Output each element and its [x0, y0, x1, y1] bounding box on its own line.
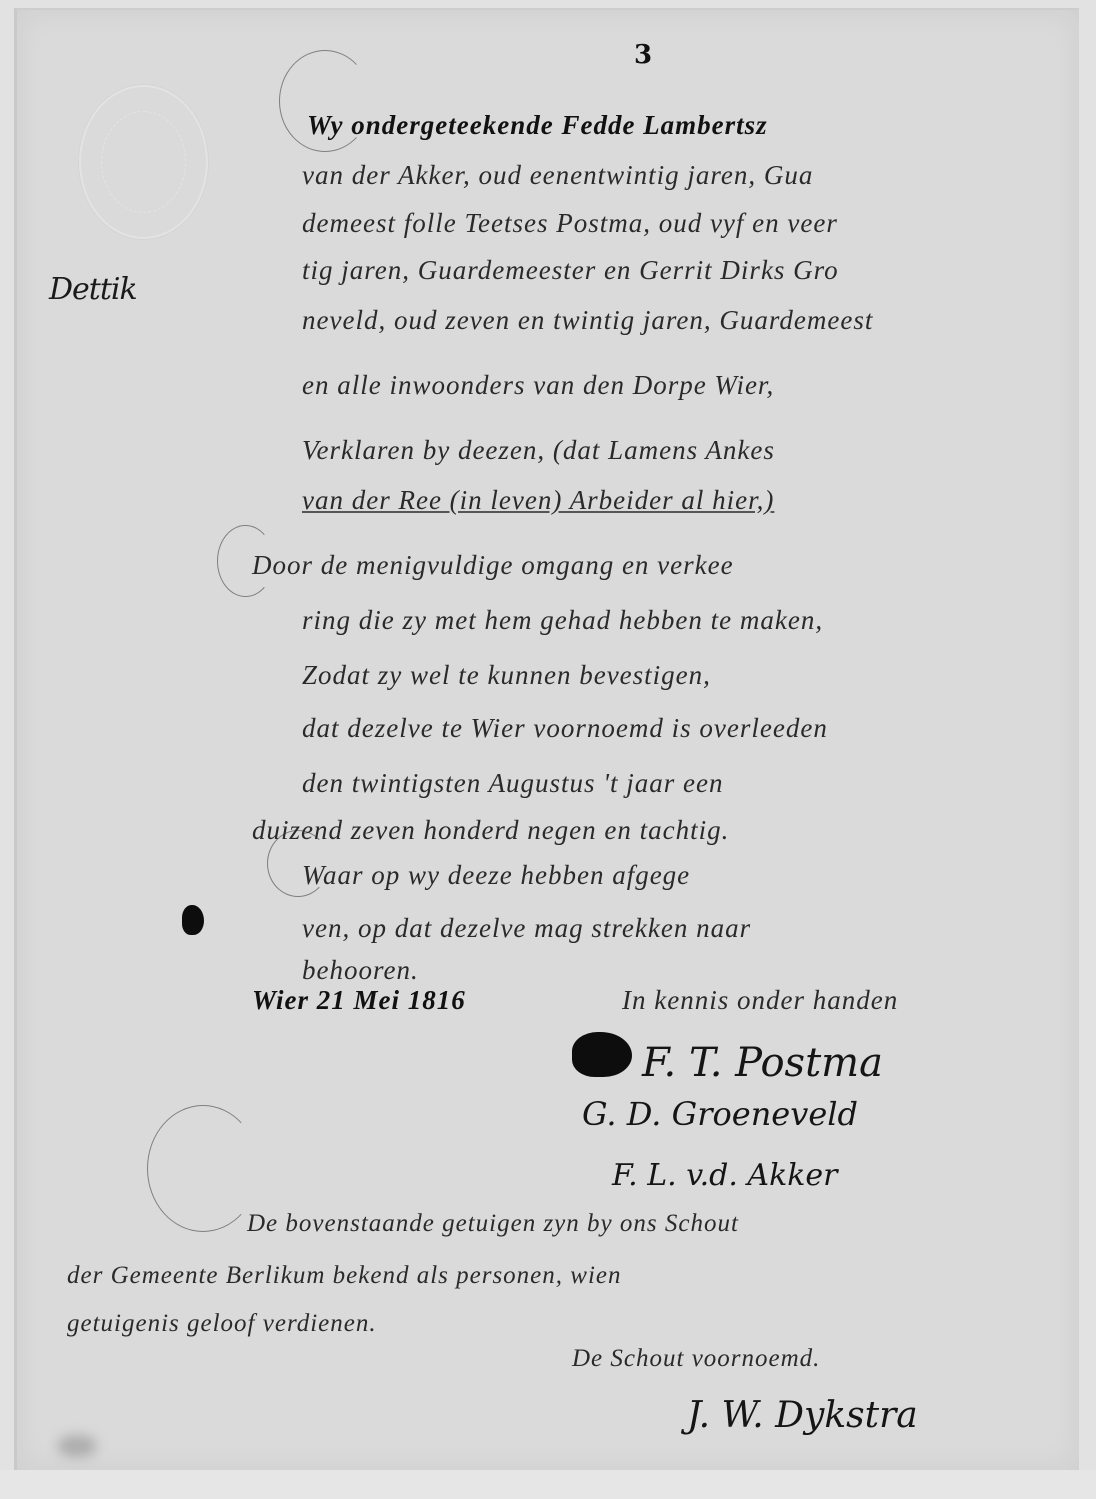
body-line: neveld, oud zeven en twintig jaren, Guar…: [302, 305, 873, 336]
margin-note: Dettik: [49, 272, 137, 307]
scan-background: [0, 1470, 1096, 1499]
body-line: demeest folle Teetses Postma, oud vyf en…: [302, 208, 838, 239]
body-line: Waar op wy deeze hebben afgege: [302, 860, 690, 891]
attestation-line: getuigenis geloof verdienen.: [67, 1310, 377, 1338]
body-line: Zodat zy wel te kunnen bevestigen,: [302, 660, 711, 691]
body-line: van der Ree (in leven) Arbeider al hier,…: [302, 485, 774, 516]
body-line: ven, op dat dezelve mag strekken naar: [302, 913, 751, 944]
document-page: 3 Dettik Wy ondergeteekende Fedde Lamber…: [14, 8, 1079, 1470]
ink-blot: [572, 1032, 632, 1077]
body-line: en alle inwoonders van den Dorpe Wier,: [302, 370, 774, 401]
attestation-closing: De Schout voornoemd.: [572, 1345, 820, 1373]
seal-inner-ring: [101, 111, 186, 213]
body-line: behooren.: [302, 955, 419, 986]
body-line: den twintigsten Augustus 't jaar een: [302, 768, 724, 799]
signature-postma: F. T. Postma: [642, 1040, 883, 1086]
date-continuation: In kennis onder handen: [622, 985, 898, 1016]
body-line: van der Akker, oud eenentwintig jaren, G…: [302, 160, 813, 191]
signature-groeneveld: G. D. Groeneveld: [582, 1095, 858, 1133]
smudge: [57, 1435, 97, 1457]
attestation-line: der Gemeente Berlikum bekend als persone…: [67, 1262, 621, 1290]
attestation-line: De bovenstaande getuigen zyn by ons Scho…: [247, 1210, 739, 1238]
body-line: duizend zeven honderd negen en tachtig.: [252, 815, 729, 846]
body-line: dat dezelve te Wier voornoemd is overlee…: [302, 713, 828, 744]
body-line: tig jaren, Guardemeester en Gerrit Dirks…: [302, 255, 839, 286]
page-number: 3: [634, 40, 652, 70]
signature-van-der-akker: F. L. v.d. Akker: [612, 1158, 838, 1193]
date-line: Wier 21 Mei 1816: [252, 985, 466, 1016]
body-line: Wy ondergeteekende Fedde Lambertsz: [307, 110, 768, 141]
body-line: Verklaren by deezen, (dat Lamens Ankes: [302, 435, 775, 466]
capital-flourish-icon: [147, 1105, 259, 1232]
embossed-seal-icon: [79, 85, 208, 239]
body-line: Door de menigvuldige omgang en verkee: [252, 550, 734, 581]
ink-blot: [182, 905, 204, 935]
body-line: ring die zy met hem gehad hebben te make…: [302, 605, 823, 636]
final-signature: J. W. Dykstra: [687, 1395, 918, 1436]
